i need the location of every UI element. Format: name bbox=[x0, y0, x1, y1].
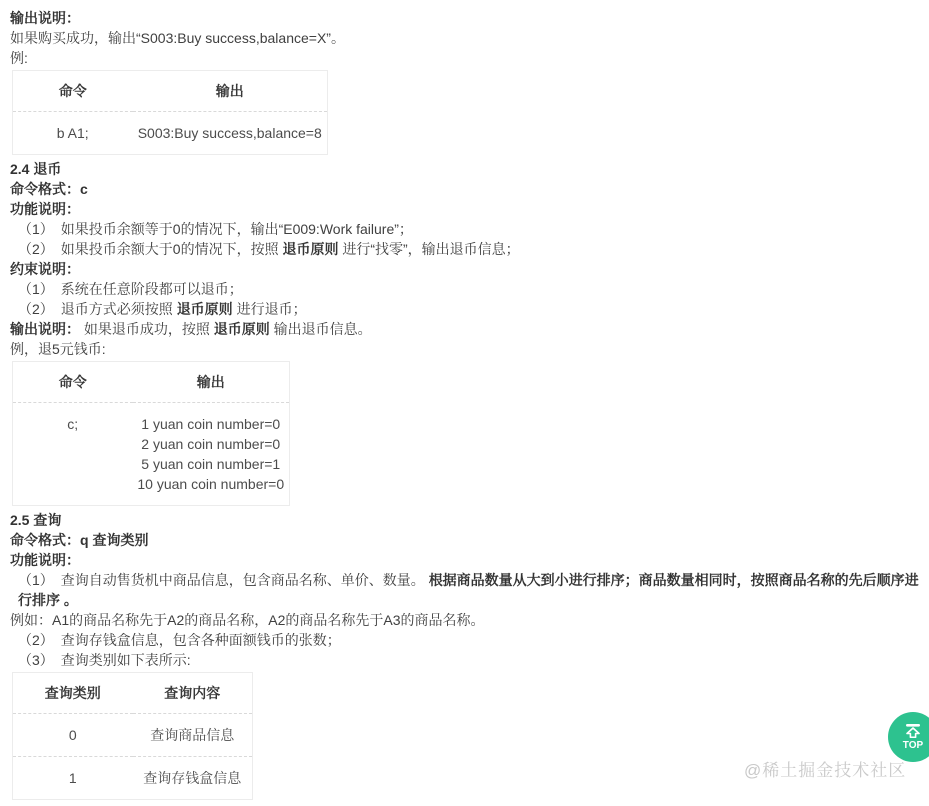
column-header: 输出 bbox=[133, 71, 328, 112]
refund-func-item-1: （1） 如果投币余额等于0的情况下，输出“E009:Work failure”； bbox=[10, 219, 919, 239]
table-row: b A1; S003:Buy success,balance=8 bbox=[13, 112, 328, 155]
refund-constraint-title: 约束说明： bbox=[10, 259, 919, 279]
section-title-query: 2.5 查询 bbox=[10, 510, 919, 530]
query-example: 例如：A1的商品名称先于A2的商品名称，A2的商品名称先于A3的商品名称。 bbox=[10, 610, 919, 630]
table-row: 1 查询存钱盒信息 bbox=[13, 757, 253, 800]
column-header: 命令 bbox=[13, 362, 133, 403]
table-row: c; 1 yuan coin number=0 2 yuan coin numb… bbox=[13, 403, 290, 506]
refund-example-table: 命令 输出 c; 1 yuan coin number=0 2 yuan coi… bbox=[12, 361, 290, 506]
query-func-item-3: （3） 查询类别如下表所示: bbox=[10, 650, 919, 670]
column-header: 输出 bbox=[133, 362, 290, 403]
buy-output-title: 输出说明： bbox=[10, 8, 919, 28]
site-watermark: @稀土掘金技术社区 bbox=[744, 761, 906, 781]
table-header-row: 查询类别 查询内容 bbox=[13, 673, 253, 714]
query-func-item-2: （2） 查询存钱盒信息，包含各种面额钱币的张数； bbox=[10, 630, 919, 650]
arrow-up-icon bbox=[903, 724, 923, 738]
buy-example-label: 例: bbox=[10, 48, 919, 68]
buy-output-desc: 如果购买成功，输出“S003:Buy success,balance=X”。 bbox=[10, 28, 919, 48]
table-row: 0 查询商品信息 bbox=[13, 714, 253, 757]
refund-cmd-format: 命令格式：c bbox=[10, 179, 919, 199]
back-to-top-label: TOP bbox=[903, 740, 923, 751]
command-cell: c; bbox=[13, 403, 133, 506]
output-line: 2 yuan coin number=0 bbox=[133, 434, 290, 454]
query-type-table: 查询类别 查询内容 0 查询商品信息 1 查询存钱盒信息 bbox=[12, 672, 253, 800]
article-content: 输出说明： 如果购买成功，输出“S003:Buy success,balance… bbox=[0, 0, 929, 800]
column-header: 查询内容 bbox=[133, 673, 253, 714]
refund-func-item-2: （2） 如果投币余额大于0的情况下，按照 退币原则 进行“找零”，输出退币信息； bbox=[10, 239, 919, 259]
output-line: 10 yuan coin number=0 bbox=[133, 474, 290, 494]
output-cell: 1 yuan coin number=0 2 yuan coin number=… bbox=[133, 403, 290, 506]
table-header-row: 命令 输出 bbox=[13, 362, 290, 403]
refund-constraint-item-2: （2） 退币方式必须按照 退币原则 进行退币； bbox=[10, 299, 919, 319]
refund-constraint-item-1: （1） 系统在任意阶段都可以退币； bbox=[10, 279, 919, 299]
refund-example-label: 例，退5元钱币: bbox=[10, 339, 919, 359]
section-title-refund: 2.4 退币 bbox=[10, 159, 919, 179]
output-cell: S003:Buy success,balance=8 bbox=[133, 112, 328, 155]
query-type-cell: 0 bbox=[13, 714, 133, 757]
buy-example-table: 命令 输出 b A1; S003:Buy success,balance=8 bbox=[12, 70, 328, 155]
command-cell: b A1; bbox=[13, 112, 133, 155]
query-cmd-format: 命令格式：q 查询类别 bbox=[10, 530, 919, 550]
column-header: 查询类别 bbox=[13, 673, 133, 714]
output-line: 5 yuan coin number=1 bbox=[133, 454, 290, 474]
output-line: 1 yuan coin number=0 bbox=[133, 414, 290, 434]
refund-func-title: 功能说明： bbox=[10, 199, 919, 219]
query-type-cell: 1 bbox=[13, 757, 133, 800]
query-content-cell: 查询商品信息 bbox=[133, 714, 253, 757]
refund-output-desc: 输出说明： 如果退币成功，按照 退币原则 输出退币信息。 bbox=[10, 319, 919, 339]
query-content-cell: 查询存钱盒信息 bbox=[133, 757, 253, 800]
column-header: 命令 bbox=[13, 71, 133, 112]
query-func-title: 功能说明： bbox=[10, 550, 919, 570]
table-header-row: 命令 输出 bbox=[13, 71, 328, 112]
query-func-item-1: （1） 查询自动售货机中商品信息，包含商品名称、单价、数量。 根据商品数量从大到… bbox=[10, 570, 919, 610]
